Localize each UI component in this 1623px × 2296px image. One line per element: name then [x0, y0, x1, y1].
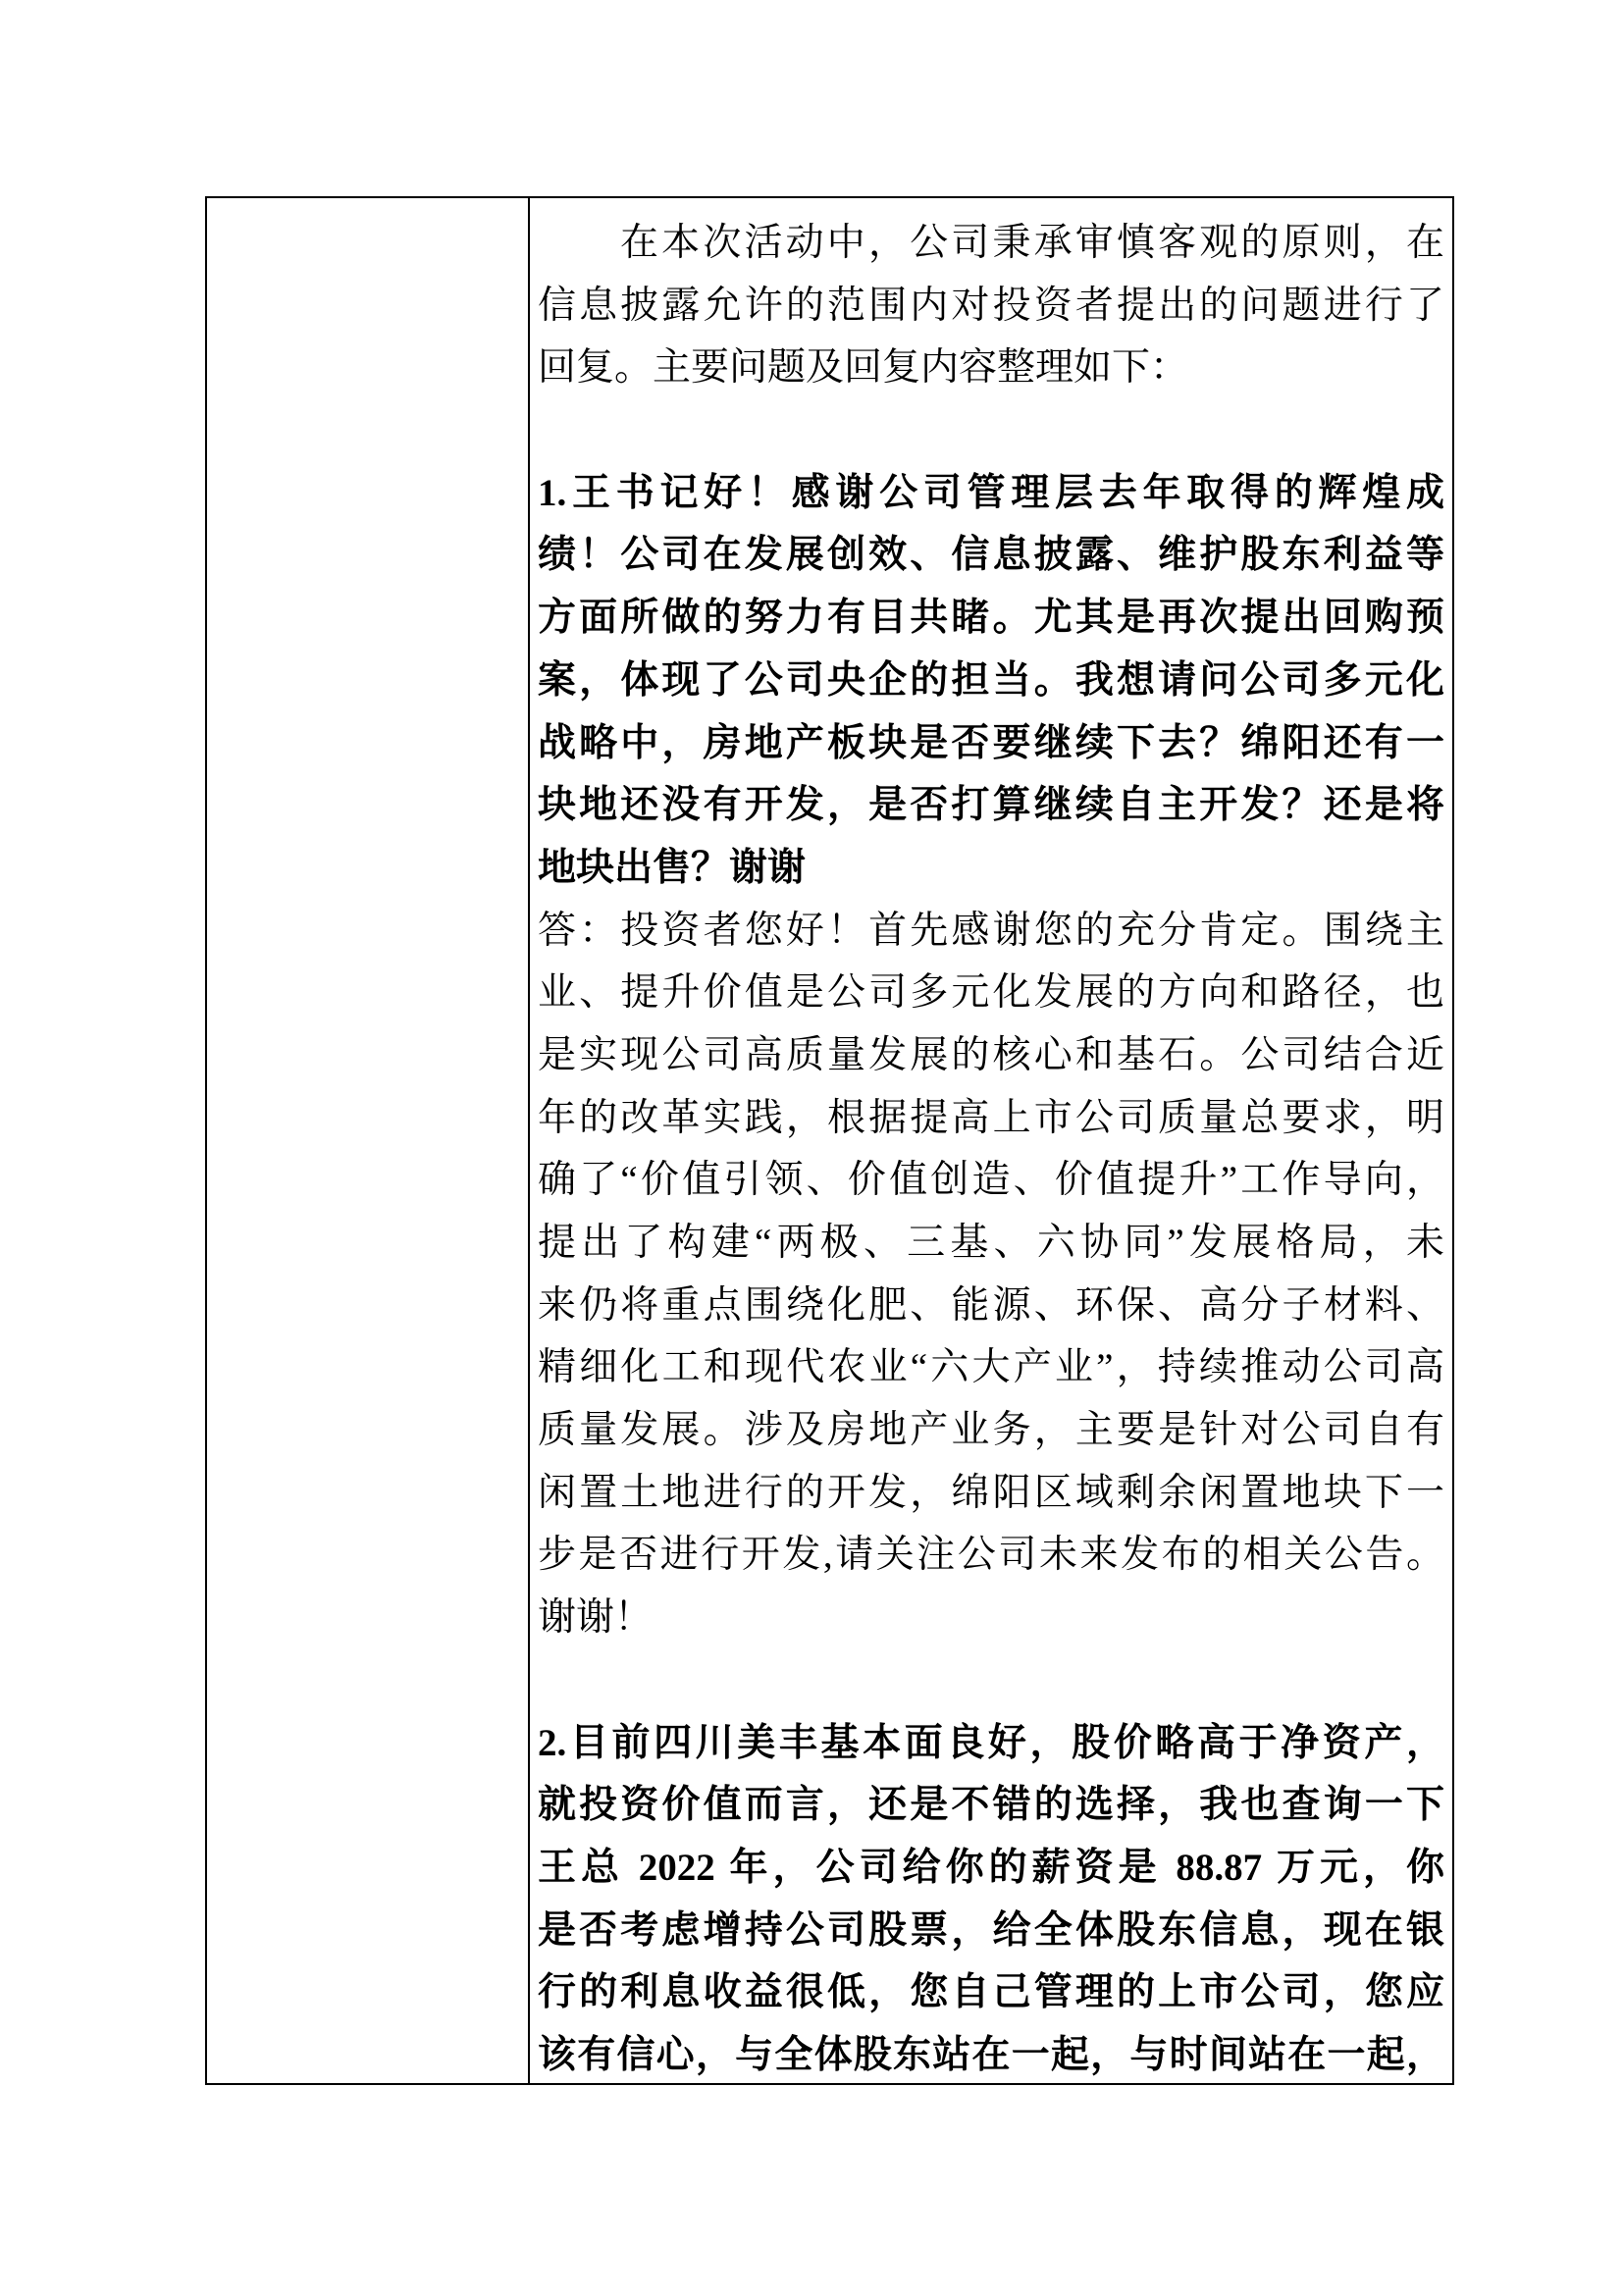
text-line: 就投资价值而言，还是不错的选择，我也查询一下 — [538, 1774, 1444, 1837]
text-line: 该有信心，与全体股东站在一起，与时间站在一起， — [538, 2024, 1444, 2083]
text-line: 答：投资者您好！首先感谢您的充分肯定。围绕主 — [538, 900, 1444, 963]
text-line: 案，体现了公司央企的担当。我想请问公司多元化 — [538, 650, 1444, 712]
text-line: 方面所做的努力有目共睹。尤其是再次提出回购预 — [538, 587, 1444, 650]
text-line: 确了“价值引领、价值创造、价值提升”工作导向， — [538, 1149, 1444, 1212]
text-line: 是实现公司高质量发展的核心和基石。公司结合近 — [538, 1024, 1444, 1087]
text-line: 1.王书记好！感谢公司管理层去年取得的辉煌成 — [538, 462, 1444, 525]
text-line: 行的利息收益很低，您自己管理的上市公司，您应 — [538, 1961, 1444, 2024]
text-line: 2.目前四川美丰基本面良好，股价略高于净资产， — [538, 1712, 1444, 1775]
text-line: 闲置土地进行的开发，绵阳区域剩余闲置地块下一 — [538, 1462, 1444, 1525]
text-line: 在本次活动中，公司秉承审慎客观的原则，在 — [538, 212, 1444, 275]
text-line: 年的改革实践，根据提高上市公司质量总要求，明 — [538, 1087, 1444, 1150]
text-line: 是否考虑增持公司股票，给全体股东信息，现在银 — [538, 1900, 1444, 1962]
text-line: 精细化工和现代农业“六大产业”，持续推动公司高 — [538, 1336, 1444, 1399]
text-line: 地块出售？谢谢 — [538, 837, 1444, 900]
text-line: 质量发展。涉及房地产业务，主要是针对公司自有 — [538, 1399, 1444, 1462]
text-line: 来仍将重点围绕化肥、能源、环保、高分子材料、 — [538, 1275, 1444, 1337]
text-line: 步是否进行开发,请关注公司未来发布的相关公告。 — [538, 1524, 1444, 1587]
empty-left-cell — [207, 198, 530, 2083]
text-lines: 在本次活动中，公司秉承审慎客观的原则，在信息披露允许的范围内对投资者提出的问题进… — [538, 212, 1444, 2083]
text-line: 业、提升价值是公司多元化发展的方向和路径，也 — [538, 962, 1444, 1024]
text-line: 信息披露允许的范围内对投资者提出的问题进行了 — [538, 275, 1444, 338]
content-cell: 在本次活动中，公司秉承审慎客观的原则，在信息披露允许的范围内对投资者提出的问题进… — [530, 198, 1452, 2083]
text-line: 绩！公司在发展创效、信息披露、维护股东利益等 — [538, 524, 1444, 587]
text-line: 王总 2022 年，公司给你的薪资是 88.87 万元，你 — [538, 1837, 1444, 1900]
text-line: 提出了构建“两极、三基、六协同”发展格局，未 — [538, 1212, 1444, 1275]
document-table: 在本次活动中，公司秉承审慎客观的原则，在信息披露允许的范围内对投资者提出的问题进… — [205, 196, 1454, 2085]
text-line: 块地还没有开发，是否打算继续自主开发？还是将 — [538, 774, 1444, 837]
text-line: 回复。主要问题及回复内容整理如下： — [538, 337, 1444, 399]
blank-line — [538, 399, 1444, 462]
blank-line — [538, 1649, 1444, 1712]
document-page: 在本次活动中，公司秉承审慎客观的原则，在信息披露允许的范围内对投资者提出的问题进… — [0, 0, 1623, 2296]
text-line: 谢谢！ — [538, 1587, 1444, 1649]
text-line: 战略中，房地产板块是否要继续下去？绵阳还有一 — [538, 712, 1444, 775]
